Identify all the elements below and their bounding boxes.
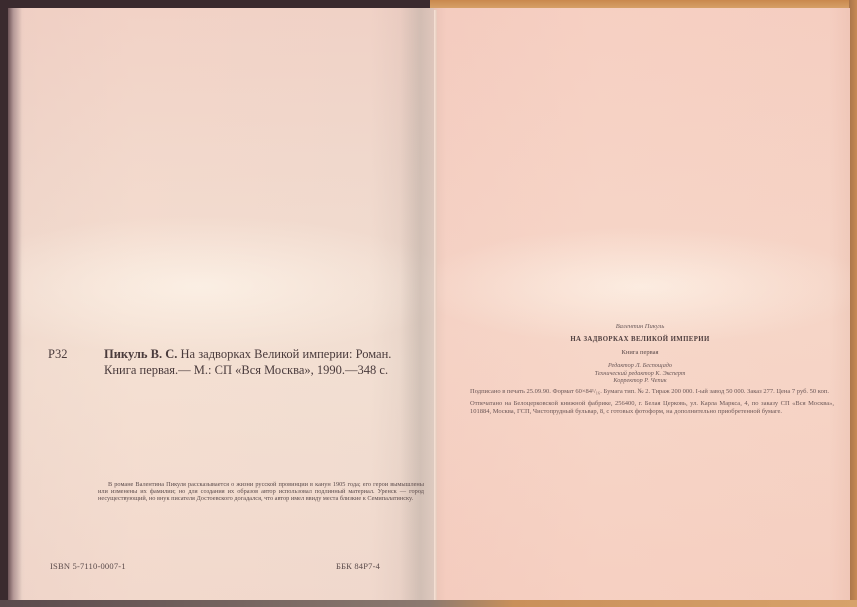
citation-line-2: Книга первая.— М.: СП «Вся Москва», 1990… [104, 362, 388, 378]
colophon-book-number: Книга первая [540, 349, 740, 356]
printing-imprint: Подписано в печать 25.09.90. Формат 60×8… [470, 388, 834, 420]
bbk-code: ББК 84Р7-4 [336, 561, 380, 571]
isbn: ISBN 5-7110-0007-1 [50, 561, 126, 571]
annotation-text: В романе Валентина Пикуля рассказывается… [98, 481, 424, 502]
credit-editor: Редактор Л. Беспощадо [540, 362, 740, 370]
credit-proofreader: Корректор Р. Чепик [540, 377, 740, 385]
book-cover-edge-bottom [0, 600, 857, 607]
right-page [434, 8, 850, 600]
spine-shadow [400, 8, 434, 600]
classification-code: Р32 [48, 346, 67, 362]
book-gutter [434, 10, 437, 600]
citation-line-1: Пикуль В. С. На задворках Великой импери… [104, 346, 391, 362]
book-annotation: В романе Валентина Пикуля рассказывается… [98, 481, 424, 503]
imprint-printer-details: Отпечатано на Белоцерковской книжной фаб… [470, 400, 834, 416]
credit-technical-editor: Технический редактор К. Эксперт [540, 370, 740, 378]
citation-title: На задворках Великой империи: Роман. [181, 347, 392, 361]
book-cover-edge-right [849, 0, 857, 607]
left-page [8, 8, 434, 600]
colophon-title: НА ЗАДВОРКАХ ВЕЛИКОЙ ИМПЕРИИ [540, 336, 740, 343]
citation-author: Пикуль В. С. [104, 347, 177, 361]
imprint-publication-details: Подписано в печать 25.09.90. Формат 60×8… [470, 388, 834, 396]
colophon-author: Валентин Пикуль [540, 323, 740, 330]
editorial-credits: Редактор Л. Беспощадо Технический редакт… [540, 362, 740, 385]
